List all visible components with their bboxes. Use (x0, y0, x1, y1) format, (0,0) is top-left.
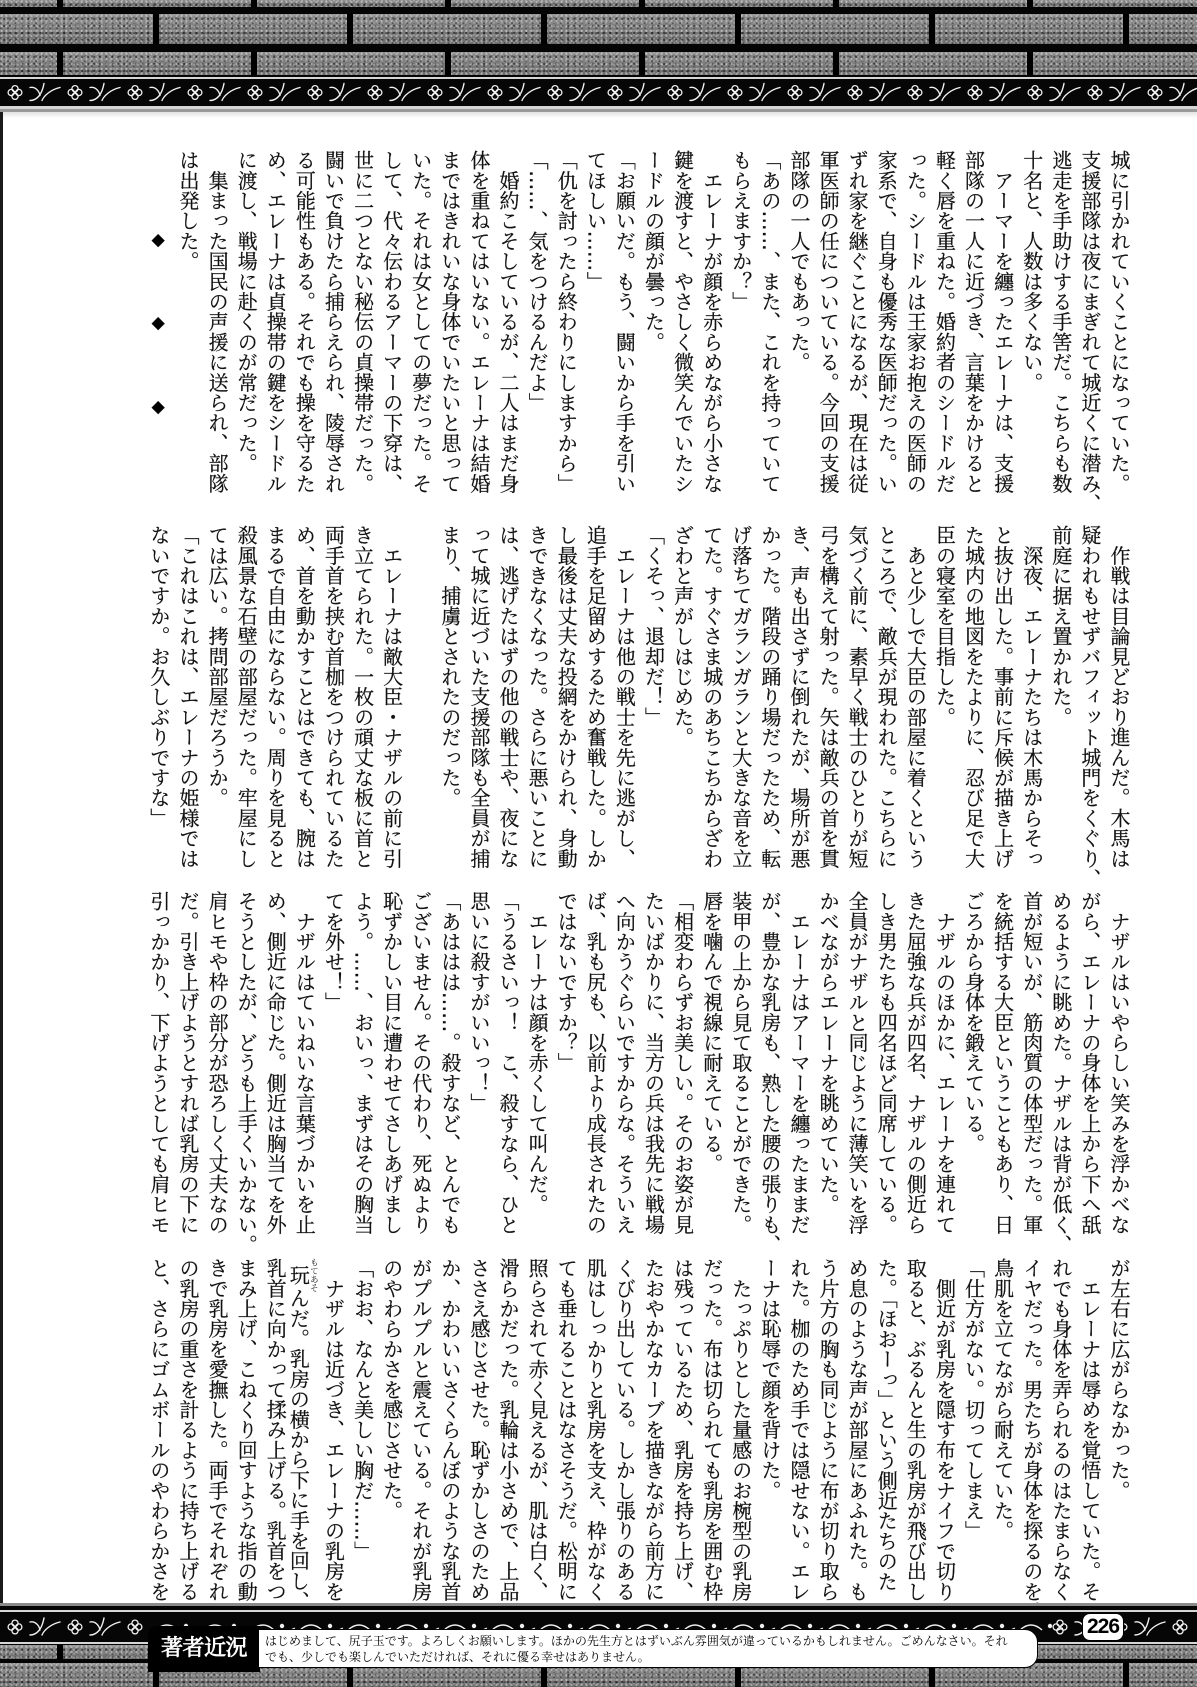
text-column: 「くそっ、退却だ！」 (638, 525, 667, 897)
page-number: 226 (1082, 1613, 1124, 1641)
text-tier-3: ナザルはいやらしい笑みを浮かべながら、エレーナの身体を上から下へ舐めるように眺め… (143, 891, 1133, 1263)
text-column: 集まった国民の声援に送られ、部隊 (202, 150, 231, 522)
text-column: めるように眺めた。ナザルは背が低く、 (1046, 891, 1075, 1263)
text-column: め、首を動かすことはできても、腕は (289, 525, 318, 897)
text-column: エレーナはアーマーを纏ったままだ (784, 891, 813, 1263)
text-column: 追手を足留めするため奮戦した。しか (580, 525, 609, 897)
text-column: う片方の胸も同じように布が切り取ら (813, 1258, 842, 1630)
text-column: の乳房の重さを計るように持ち上げる (173, 1258, 202, 1630)
text-column: よう。……、おいっ、まずはその胸当 (347, 891, 376, 1263)
text-column: ささえ感じさせた。恥ずかしさのため (464, 1258, 493, 1630)
text-column: 唇を噛んで視線に耐えている。 (697, 891, 726, 1263)
text-column: そうとしたが、どうも上手くいかない。 (231, 891, 260, 1263)
text-tier-1: 城に引かれていくことになっていた。支援部隊は夜にまぎれて城近くに潜み、逃走を手助… (143, 150, 1133, 522)
text-column: 「あの……、また、これを持っていて (755, 150, 784, 522)
text-column: る可能性もある。それでも操を守るた (289, 150, 318, 522)
text-column: 城に引かれていくことになっていた。 (1104, 150, 1133, 522)
text-column: ではないですか？」 (551, 891, 580, 1263)
text-column: 疑われもせずバフィット城門をくぐり、 (1075, 525, 1104, 897)
text-column: まるで自由にならない。周りを見ると (260, 525, 289, 897)
brick-joints (0, 0, 1197, 7)
text-column: し最後は丈夫な投網をかけられ、身動 (551, 525, 580, 897)
text-run: んだ。乳房の横から下に手を回し、 (286, 1288, 310, 1611)
text-column: ございません。その代わり、死ぬより (406, 891, 435, 1263)
text-column: た城内の地図をたよりに、忍び足で大 (958, 525, 987, 897)
text-column: は、逃げたはずの他の戦士や、夜にな (493, 525, 522, 897)
text-column: 鍵を渡すと、やさしく微笑んでいたシ (668, 150, 697, 522)
text-column: と、さらにゴムボールのやわらかさを (144, 1258, 173, 1630)
text-column: 闘いで負けたら捕らえられ、陵辱され (318, 150, 347, 522)
text-column: して、代々伝わるアーマーの下穿は、 (377, 150, 406, 522)
text-column: ーナは恥辱で顔を背けた。 (755, 1258, 784, 1630)
text-column: だった。布は切られても乳房を囲む枠 (697, 1258, 726, 1630)
text-tier-4: が左右に広がらなかった。 エレーナは辱めを覚悟していた。それでも身体を弄られるの… (143, 1258, 1133, 1630)
ruby-reading: もてあそ (308, 1258, 318, 1292)
text-column: てを外せ！」 (318, 891, 347, 1263)
text-column: 婚約こそしているが、二人はまだ身 (493, 150, 522, 522)
text-column: 側近が乳房を隠す布をナイフで切り (929, 1258, 958, 1630)
text-column: め、エレーナは貞操帯の鍵をシードル (260, 150, 289, 522)
text-column: ずれ家を継ぐことになるが、現在は従 (842, 150, 871, 522)
text-column: 引っかかり、下げようとしても肩ヒモ (144, 891, 173, 1263)
text-column: 逃走を手助けする手筈だ。こちらも数 (1046, 150, 1075, 522)
text-column: いた。それは女としての夢だった。そ (406, 150, 435, 522)
text-column: たいばかりに、当方の兵は我先に戦場 (638, 891, 667, 1263)
text-column: 装甲の上から見て取ることができた。 (726, 891, 755, 1263)
text-column: ナザルは近づき、エレーナの乳房を (318, 1258, 347, 1630)
text-column: 思いに殺すがいいっ！」 (464, 891, 493, 1263)
text-column: 恥ずかしい目に遭わせてさしあげまし (377, 891, 406, 1263)
text-column: ところで、敵兵が現われた。こちらに (871, 525, 900, 897)
blank-line (406, 525, 435, 897)
text-column: ごろから身体を鍛えている。 (958, 891, 987, 1263)
text-column: 軍医師の任についている。今回の支援 (813, 150, 842, 522)
text-column: 「あははは……。殺すなど、とんでも (435, 891, 464, 1263)
text-column: 体を重ねてはいない。エレーナは結婚 (464, 150, 493, 522)
text-column: が左右に広がらなかった。 (1104, 1258, 1133, 1630)
text-tier-2: 作戦は目論見どおり進んだ。木馬は疑われもせずバフィット城門をくぐり、前庭に据え置… (143, 525, 1133, 897)
text-column: 肩ヒモや枠の部分が恐ろしく丈夫なの (202, 891, 231, 1263)
text-column: め、側近に命じた。側近は胸当てを外 (260, 891, 289, 1263)
text-column: きた屈強な兵が四名、ナザルの側近ら (900, 891, 929, 1263)
diamond-icon: ◆ (144, 397, 173, 417)
text-column: エレーナが顔を赤らめながら小さな (697, 150, 726, 522)
author-note-box: はじめまして、尻子玉です。よろしくお願いします。ほかの先生方とはずいぶん雰囲気が… (258, 1629, 1038, 1668)
text-column: 軽く唇を重ねた。婚約者のシードルだ (929, 150, 958, 522)
text-column: だ。引き上げようとすれば乳房の下に (173, 891, 202, 1263)
text-column: エレーナは他の戦士を先に逃がし、 (609, 525, 638, 897)
text-column: アーマーを纏ったエレーナは、支援 (988, 150, 1017, 522)
text-column: れでも身体を弄られるのはたまらなく (1046, 1258, 1075, 1630)
text-column: め息のような声が部屋にあふれた。も (842, 1258, 871, 1630)
text-column: ば、乳も尻も、以前より成長されたの (580, 891, 609, 1263)
ruby-base: 玩 (286, 1258, 310, 1292)
text-column: エレーナは顔を赤くして叫んだ。 (522, 891, 551, 1263)
text-column: イヤだった。男たちが身体を探るのを、 (1017, 1258, 1046, 1630)
text-column: 深夜、エレーナたちは木馬からそっ (1017, 525, 1046, 897)
text-column: が、豊かな乳房も、熟した腰の張りも、 (755, 891, 784, 1263)
text-column: 前庭に据え置かれた。 (1046, 525, 1075, 897)
text-column: 「うるさいっ！ こ、殺すなら、ひと (493, 891, 522, 1263)
text-column: 首が短いが、筋肉質の体型だった。軍 (1017, 891, 1046, 1263)
text-column: のやわらかさを感じさせた。 (377, 1258, 406, 1630)
text-column: まではきれいな身体でいたいと思って (435, 150, 464, 522)
brick-row (0, 0, 1197, 7)
text-column: 家系で、自身も優秀な医師だった。い (871, 150, 900, 522)
text-column: 世に二つとない秘伝の貞操帯だった。 (347, 150, 376, 522)
text-column: 支援部隊は夜にまぎれて城近くに潜み、 (1075, 150, 1104, 522)
text-column: 肌はしっかりと乳房を支え、枠がなく (580, 1258, 609, 1630)
text-column: きで乳房を愛撫した。両手でそれぞれ (202, 1258, 231, 1630)
text-column: ては広い。拷問部屋だろうか。 (202, 525, 231, 897)
text-column: 「これはこれは、エレーナの姫様では (173, 525, 202, 897)
text-column: てた。すぐさま城のあちこちからざわ (697, 525, 726, 897)
brick-joints (0, 52, 1197, 75)
text-column: と抜け出した。事前に斥候が描き上げ (988, 525, 1017, 897)
text-column: 「……、気をつけるんだよ」 (522, 150, 551, 522)
text-column: てほしい……」 (580, 150, 609, 522)
text-column: がら、エレーナの身体を上から下へ舐 (1075, 891, 1104, 1263)
text-column: ードルの顔が曇った。 (638, 150, 667, 522)
text-column: 滑らかだった。乳輪は小さめで、上品 (493, 1258, 522, 1630)
text-column: れた。枷のため手では隠せない。エレ (784, 1258, 813, 1630)
text-column: 殺風景な石壁の部屋だった。牢屋にし (231, 525, 260, 897)
brick-row (0, 14, 1197, 44)
text-column: き立てられた。一枚の頑丈な板に首と (347, 525, 376, 897)
text-column: ナザルはていねいな言葉づかいを止 (289, 891, 318, 1263)
header-shadow (3, 112, 1197, 118)
text-column: げ落ちてガランガランと大きな音を立 (726, 525, 755, 897)
scene-break: ◆ ◆ ◆ (144, 150, 173, 522)
text-column: に渡し、戦場に赴くのが常だった。 (231, 150, 260, 522)
text-column: しき男たちも四名ほど同席している。 (871, 891, 900, 1263)
text-column: った。シードルは王家お抱えの医師の (900, 150, 929, 522)
text-column: 鳥肌を立てながら耐えていた。 (988, 1258, 1017, 1630)
diamond-icon: ◆ (144, 230, 173, 250)
text-column: きできなくなった。さらに悪いことに (522, 525, 551, 897)
text-column: は残っているため、乳房を持ち上げ、 (668, 1258, 697, 1630)
author-note-line: でも、少しでも楽しんでいただければ、それに優る幸せはありません。 (265, 1649, 1031, 1665)
text-column: 「仇を討ったら終わりにしますから」 (551, 150, 580, 522)
text-column: あと少しで大臣の部屋に着くという (900, 525, 929, 897)
text-column: たっぷりとした量感のお椀型の乳房 (726, 1258, 755, 1630)
text-column: 「お願いだ。もう、闘いから手を引い (609, 150, 638, 522)
text-column: 作戦は目論見どおり進んだ。木馬は (1104, 525, 1133, 897)
text-column: 全員がナザルと同じように薄笑いを浮 (842, 891, 871, 1263)
text-column: 弓を構えて射った。矢は敵兵の首を貫 (813, 525, 842, 897)
text-column: 玩もてあそんだ。乳房の横から下に手を回し、 (289, 1258, 318, 1630)
header-brick-wall (0, 0, 1197, 112)
text-column: 部隊の一人に近づき、言葉をかけると (958, 150, 987, 522)
text-column: かった。階段の踊り場だったため、転 (755, 525, 784, 897)
diamond-icon: ◆ (144, 313, 173, 333)
text-column: ないですか。お久しぶりですな」 (144, 525, 173, 897)
text-column: 臣の寝室を目指した。 (929, 525, 958, 897)
text-column: まり、捕虜とされたのだった。 (435, 525, 464, 897)
text-column: 「おお、なんと美しい胸だ……」 (347, 1258, 376, 1630)
text-column: 十名と、人数は多くない。 (1017, 150, 1046, 522)
text-column: くびり出している。しかし張りのある (609, 1258, 638, 1630)
text-column: まみ上げ、こねくり回すような指の動 (231, 1258, 260, 1630)
text-column: エレーナは辱めを覚悟していた。そ (1075, 1258, 1104, 1630)
text-column: は出発した。 (173, 150, 202, 522)
floral-ornament-border (0, 79, 1197, 106)
text-column: を統括する大臣ということもあり、日 (988, 891, 1017, 1263)
text-column: ナザルのほかに、エレーナを連れて (929, 891, 958, 1263)
text-column: ナザルはいやらしい笑みを浮かべな (1104, 891, 1133, 1263)
text-column: ざわと声がしはじめた。 (668, 525, 697, 897)
page-left-rule (0, 112, 3, 1603)
text-column: 照らされて赤く見えるが、肌は白く、 (522, 1258, 551, 1630)
brick-row (0, 52, 1197, 75)
text-column: 部隊の一人でもあった。 (784, 150, 813, 522)
text-column: かべながらエレーナを眺めていた。 (813, 891, 842, 1263)
brick-joints (0, 14, 1197, 44)
text-column: た。「ほおーっ」という側近たちのた (871, 1258, 900, 1630)
text-column: ても垂れることはなさそうだ。松明に (551, 1258, 580, 1630)
ruby-annotation: 玩もてあそ (286, 1258, 310, 1288)
text-column: って城に近づいた支援部隊も全員が捕 (464, 525, 493, 897)
text-column: もらえますか？」 (726, 150, 755, 522)
author-note-line: はじめまして、尻子玉です。よろしくお願いします。ほかの先生方とはずいぶん雰囲気が… (265, 1633, 1031, 1649)
text-column: か、かわいいさくらんぼのような乳首 (435, 1258, 464, 1630)
text-column: 両手首を挟む首枷をつけられているた (318, 525, 347, 897)
text-column: 「相変わらずお美しい。そのお姿が見 (668, 891, 697, 1263)
text-column: 気づく前に、素早く戦士のひとりが短 (842, 525, 871, 897)
text-column: 取ると、ぶるんと生の乳房が飛び出し (900, 1258, 929, 1630)
text-column: エレーナは敵大臣・ナザルの前に引 (377, 525, 406, 897)
author-note-label: 著者近況 (148, 1626, 260, 1672)
text-column: たおやかなカーブを描きながら前方に (638, 1258, 667, 1630)
text-column: がプルプルと震えている。それが乳房 (406, 1258, 435, 1630)
text-column: き、声も出さずに倒れたが、場所が悪 (784, 525, 813, 897)
text-column: へ向かうぐらいですからな。そういえ (609, 891, 638, 1263)
text-column: 「仕方がない。切ってしまえ」 (958, 1258, 987, 1630)
